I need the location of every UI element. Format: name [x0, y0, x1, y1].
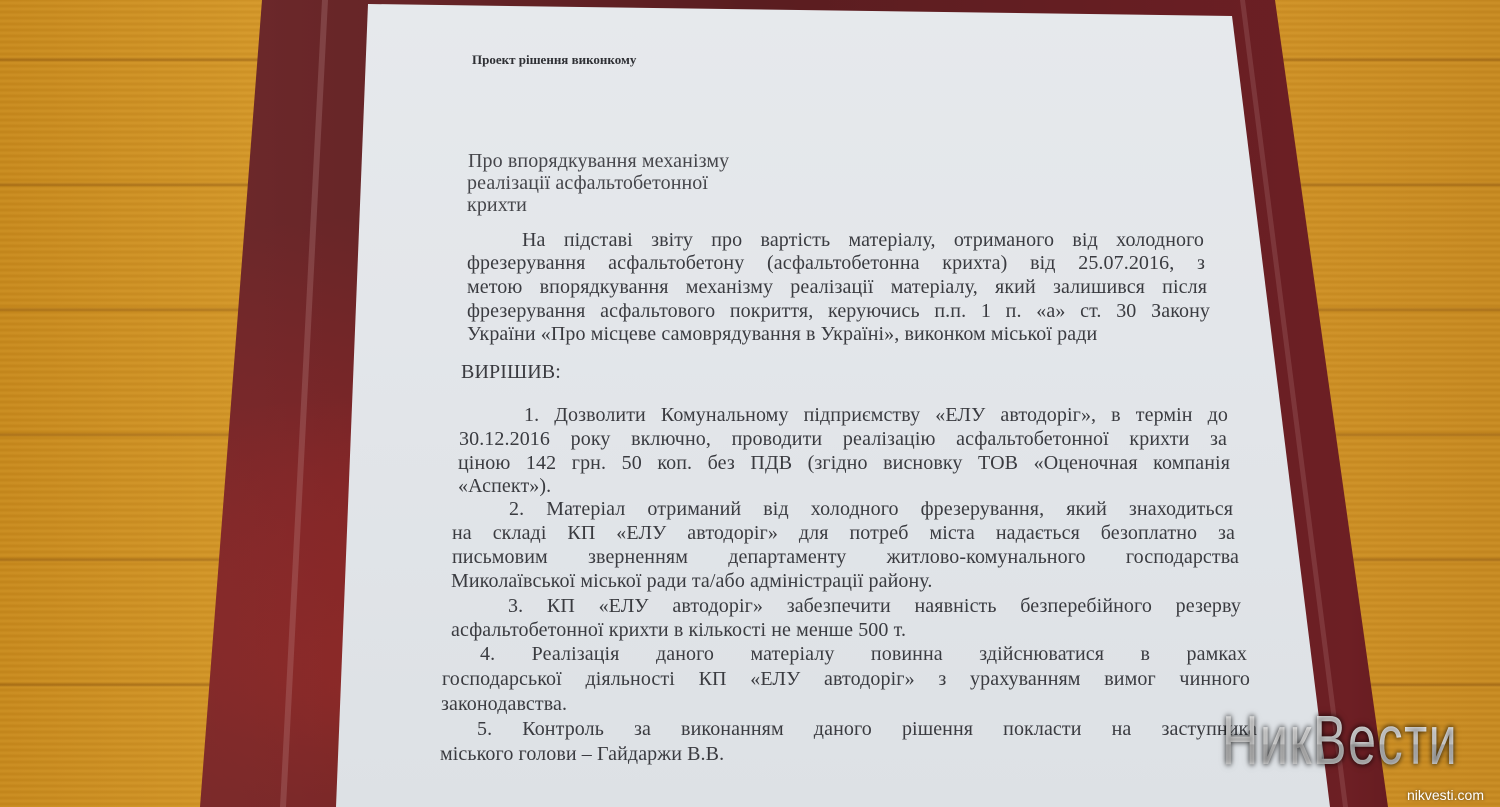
item-4-line: законодавства.	[441, 693, 567, 716]
item-5-line: 5. Контроль за виконанням даного рішення…	[477, 718, 1257, 741]
item-3-line: асфальтобетонної крихти в кількості не м…	[451, 619, 906, 642]
item-1-line: ціною 142 грн. 50 коп. без ПДВ (згідно в…	[458, 452, 1230, 475]
item-3-line: 3. КП «ЕЛУ автодоріг» забезпечити наявні…	[508, 595, 1241, 618]
nikvesti-logo: НикВести	[1222, 700, 1458, 780]
item-1-line: 30.12.2016 року включно, проводити реалі…	[459, 428, 1227, 451]
document-header: Проект рішення виконкому	[472, 52, 636, 68]
preamble-line: На підставі звіту про вартість матеріалу…	[522, 229, 1204, 252]
document-title-line-1: Про впорядкування механізму	[468, 150, 729, 173]
resolved-label: ВИРІШИВ:	[461, 361, 561, 384]
item-4-line: господарської діяльності КП «ЕЛУ автодор…	[442, 668, 1250, 691]
document: Проект рішення виконкому Про впорядкуван…	[0, 0, 1500, 807]
preamble-line: фрезерування асфальтового покриття, керу…	[467, 300, 1210, 323]
item-4-line: 4. Реалізація даного матеріалу повинна з…	[480, 643, 1247, 666]
watermark-url: nikvesti.com	[1407, 787, 1484, 803]
item-1-line: «Аспект»).	[458, 475, 551, 498]
item-2-line: на складі КП «ЕЛУ автодоріг» для потреб …	[452, 522, 1235, 545]
item-5-line: міського голови – Гайдаржи В.В.	[440, 743, 724, 766]
item-2-line: Миколаївської міської ради та/або адміні…	[451, 570, 932, 593]
preamble-line: фрезерування асфальтобетону (асфальтобет…	[467, 252, 1205, 275]
photo-scene: Проект рішення виконкому Про впорядкуван…	[0, 0, 1500, 807]
nikvesti-watermark: НикВести nikvesti.com	[1216, 698, 1500, 807]
document-title-line-2: реалізації асфальтобетонної	[467, 172, 708, 195]
document-title-line-3: крихти	[467, 194, 527, 217]
item-1-line: 1. Дозволити Комунальному підприємству «…	[524, 404, 1228, 427]
item-2-line: 2. Матеріал отриманий від холодного фрез…	[509, 498, 1233, 521]
preamble-line: України «Про місцеве самоврядування в Ук…	[467, 323, 1097, 346]
preamble-line: метою впорядкування механізму реалізації…	[467, 276, 1207, 299]
item-2-line: письмовим зверненням департаменту житлов…	[452, 546, 1239, 569]
